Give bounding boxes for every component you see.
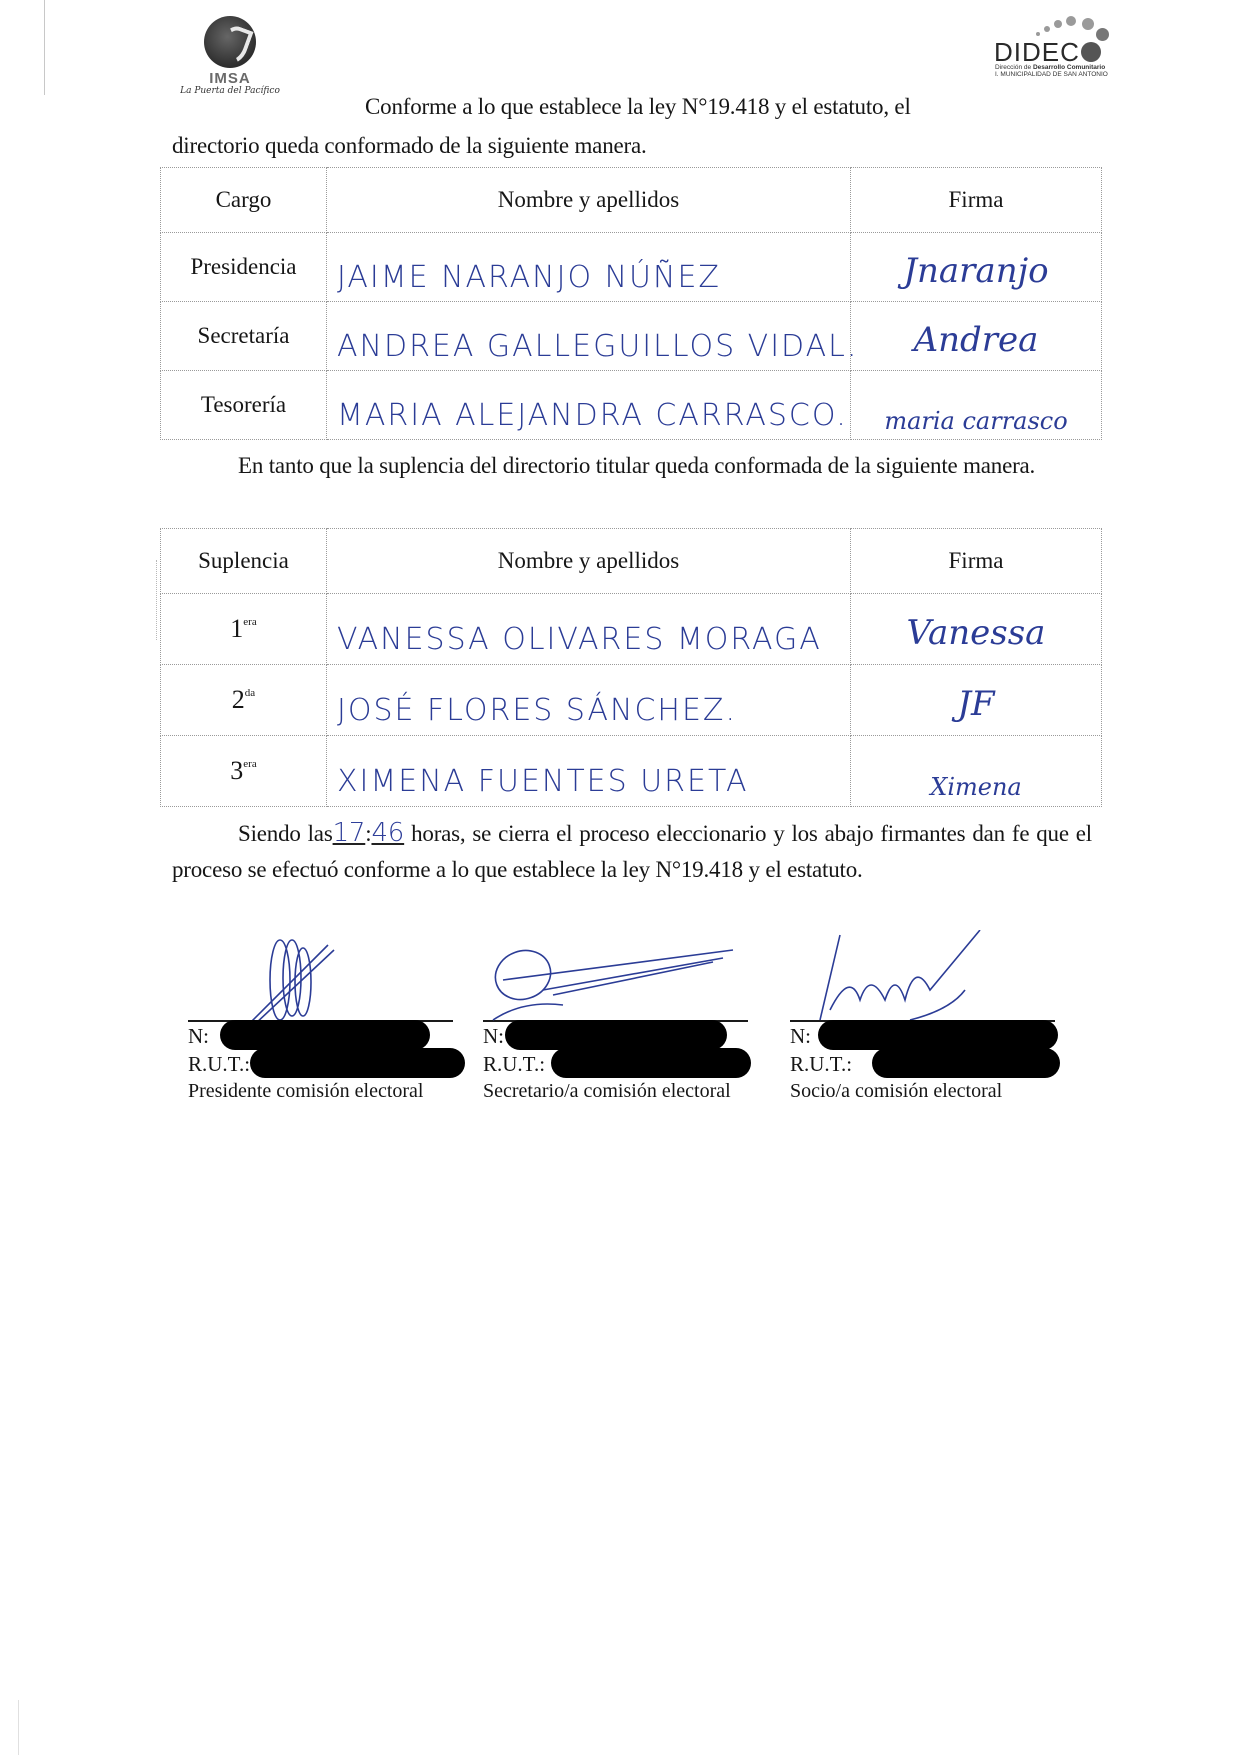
cargo-cell: Presidencia [161,233,327,302]
scan-artifact [18,1700,19,1755]
scan-artifact [156,560,158,640]
dideco-subtitle: Dirección de Desarrollo Comunitario [995,64,1117,71]
cargo-cell: Tesorería [161,371,327,440]
handwritten-name: VANESSA OLIVARES MORAGA [327,622,850,657]
name-label: N: [188,1024,209,1048]
commission-signer-secretary: N: R.U.T.: Secretario/a comisión elector… [483,930,748,1104]
signature: Vanessa [851,613,1101,653]
header-suplencia: Suplencia [161,529,327,594]
redaction-mark [872,1048,1060,1078]
dideco-globe-icon [1081,42,1101,62]
signature [188,930,453,1020]
table-header-row: Cargo Nombre y apellidos Firma [161,168,1102,233]
table-row: 2da JOSÉ FLORES SÁNCHEZ. JF [161,665,1102,736]
table-row: Presidencia JAIME NARANJO NÚÑEZ Jnaranjo [161,233,1102,302]
ordinal: 3era [230,756,256,785]
header-nombre: Nombre y apellidos [327,168,851,233]
table-header-row: Suplencia Nombre y apellidos Firma [161,529,1102,594]
commission-signer-member: N: R.U.T.: Socio/a comisión electoral [790,930,1055,1104]
header-cargo: Cargo [161,168,327,233]
imsa-globe-icon [204,16,256,68]
role-label: Presidente comisión electoral [188,1078,453,1104]
role-label: Secretario/a comisión electoral [483,1078,748,1104]
table-row: Secretaría ANDREA GALLEGUILLOS VIDAL. An… [161,302,1102,371]
suplencia-intro: En tanto que la suplencia del directorio… [172,448,1082,484]
imsa-logo-name: IMSA [170,70,290,87]
header-firma: Firma [851,529,1102,594]
commission-signer-president: N: R.U.T.: Presidente comisión electoral [188,930,453,1104]
suplencia-table: Suplencia Nombre y apellidos Firma 1era … [160,528,1102,807]
handwritten-name: ANDREA GALLEGUILLOS VIDAL. [327,329,850,364]
header-firma: Firma [851,168,1102,233]
signature: Andrea [851,320,1101,360]
intro-line-2: directorio queda conformado de la siguie… [172,128,647,164]
signature: Jnaranjo [851,251,1101,291]
handwritten-hour: 17 [333,818,366,848]
handwritten-minute: 46 [371,818,404,848]
table-row: Tesorería MARIA ALEJANDRA CARRASCO. mari… [161,371,1102,440]
signature: JF [851,684,1101,724]
redaction-mark [818,1020,1058,1050]
signature: maria carrasco [851,407,1101,435]
handwritten-name: JAIME NARANJO NÚÑEZ [327,260,850,295]
closing-paragraph: Siendo las17:46 horas, se cierra el proc… [172,815,1092,888]
imsa-logo-tagline: La Puerta del Pacífico [170,86,290,96]
rut-label: R.U.T.: [790,1052,852,1076]
dideco-municipality: I. MUNICIPALIDAD DE SAN ANTONIO [995,71,1117,78]
intro-line-1: Conforme a lo que establece la ley N°19.… [365,89,911,125]
name-label: N: [790,1024,811,1048]
role-label: Socio/a comisión electoral [790,1078,1055,1104]
redaction-mark [250,1048,465,1078]
signature: Ximena [851,773,1101,801]
directorio-table: Cargo Nombre y apellidos Firma Presidenc… [160,167,1102,440]
redaction-mark [505,1020,727,1050]
dideco-dots-icon [992,10,1117,40]
handwritten-name: JOSÉ FLORES SÁNCHEZ. [327,693,850,728]
ordinal: 2da [232,685,255,714]
handwritten-name: MARIA ALEJANDRA CARRASCO. [327,398,850,433]
handwritten-name: XIMENA FUENTES URETA [327,764,850,799]
table-row: 3era XIMENA FUENTES URETA Ximena [161,736,1102,807]
scan-artifact [44,0,45,95]
rut-label: R.U.T.: [188,1052,250,1076]
dideco-wordmark: DIDEC [994,40,1117,64]
rut-label: R.U.T.: [483,1052,545,1076]
header-nombre: Nombre y apellidos [327,529,851,594]
table-row: 1era VANESSA OLIVARES MORAGA Vanessa [161,594,1102,665]
redaction-mark [551,1048,751,1078]
signature [483,930,748,1020]
signature [790,930,1055,1020]
redaction-mark [220,1020,430,1050]
cargo-cell: Secretaría [161,302,327,371]
ordinal: 1era [230,614,256,643]
dideco-logo: DIDEC Dirección de Desarrollo Comunitari… [992,10,1117,95]
name-label: N: [483,1024,504,1048]
imsa-logo: IMSA La Puerta del Pacífico [170,8,290,108]
